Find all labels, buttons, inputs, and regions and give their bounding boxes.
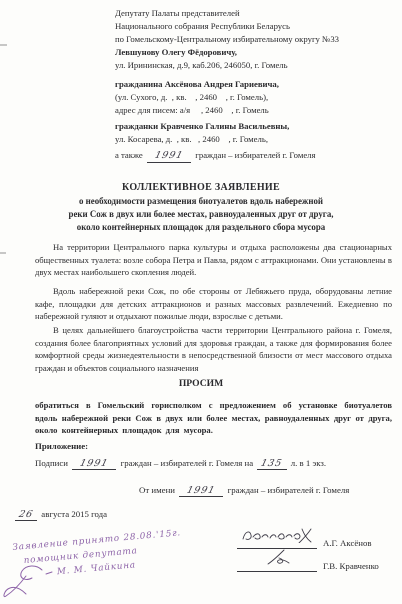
- signature-row-kravchenko: Г.В. Кравченко: [237, 549, 379, 572]
- also-suffix: граждан – избирателей г. Гомеля: [195, 150, 315, 160]
- recipient-line: Национального собрания Республики Белару…: [115, 20, 395, 33]
- on-behalf-line: От имени 1991 граждан – избирателей г. Г…: [139, 485, 399, 497]
- attachment-suffix: л. в 1 экз.: [291, 458, 326, 468]
- scan-artifact: [0, 252, 6, 254]
- scan-artifact: [0, 44, 7, 46]
- paragraph-2: Вдоль набережной реки Сож, по обе сторон…: [35, 285, 392, 323]
- kravchenko-printed-name: Г.В. Кравченко: [323, 560, 379, 572]
- signature-row-aksenov: А.Г. Аксёнов: [237, 526, 372, 549]
- paragraph-3: В целях дальнейшего благоустройства част…: [35, 324, 392, 375]
- also-prefix: а также: [115, 150, 143, 160]
- aksenov-signature-line: [237, 526, 317, 549]
- applicant2-block: гражданки Кравченко Галины Васильевны, у…: [115, 120, 395, 146]
- voters-count-handwritten: 1991: [153, 149, 184, 162]
- voters-count-slot: 1991: [147, 149, 191, 163]
- recipient-line: Депутату Палаты представителей: [115, 7, 395, 20]
- scanned-application-page: Депутату Палаты представителей Националь…: [0, 0, 402, 604]
- on-behalf-suffix: граждан – избирателей г. Гомеля: [228, 485, 350, 495]
- on-behalf-count-slot: 1991: [179, 485, 223, 497]
- request-paragraph: обратиться в Гомельский горисполком с пр…: [35, 399, 392, 437]
- date-day-slot: 26: [15, 509, 37, 521]
- document-subtitle-line: реки Сож в двух или более местах, равноу…: [0, 208, 402, 221]
- aksenov-printed-name: А.Г. Аксёнов: [323, 537, 372, 549]
- attachment-count-handwritten: 1991: [79, 458, 110, 469]
- attachment-count-slot: 1991: [72, 458, 116, 470]
- title-block: КОЛЛЕКТИВНОЕ ЗАЯВЛЕНИЕ о необходимости р…: [0, 180, 402, 234]
- recipient-line: по Гомельскому-Центральному избирательно…: [115, 33, 395, 46]
- also-voters-line: а также 1991 граждан – избирателей г. Го…: [115, 149, 397, 163]
- attachment-sheets-slot: 135: [257, 458, 286, 470]
- attachment-sheets-handwritten: 135: [260, 458, 284, 469]
- paragraph-1: На территории Центрального парка культур…: [35, 241, 392, 279]
- document-subtitle-line: около контейнерных площадок для раздельн…: [0, 221, 402, 234]
- kravchenko-signature-icon: [257, 549, 297, 566]
- recipient-block: Депутату Палаты представителей Националь…: [115, 7, 395, 72]
- date-line: 26 августа 2015 года: [13, 509, 107, 521]
- applicant1-block: гражданина Аксёнова Андрея Гариевича, (у…: [115, 78, 395, 117]
- on-behalf-count-handwritten: 1991: [186, 485, 217, 496]
- date-rest: августа 2015 года: [41, 509, 107, 519]
- attachment-heading: Приложение:: [35, 441, 88, 451]
- document-title: КОЛЛЕКТИВНОЕ ЗАЯВЛЕНИЕ: [0, 180, 402, 195]
- request-heading: ПРОСИМ: [0, 378, 402, 389]
- recipient-address: ул. Ирининская, д.9, каб.206, 246050, г.…: [115, 59, 395, 72]
- date-day-handwritten: 26: [18, 509, 35, 520]
- applicant2-address: ул. Косарева, д. , кв. , 2460 , г. Гомел…: [115, 133, 395, 146]
- recipient-name: Левшунову Олегу Фёдоровичу,: [115, 46, 395, 59]
- attachment-prefix: Подписи: [35, 458, 68, 468]
- applicant1-mail-address: адрес для писем: а/я , 2460 , г. Гомель: [115, 104, 395, 117]
- kravchenko-signature-line: [237, 549, 317, 572]
- on-behalf-prefix: От имени: [139, 485, 175, 495]
- attachment-middle: граждан – избирателей г. Гомеля на: [121, 458, 254, 468]
- applicant2-name: гражданки Кравченко Галины Васильевны,: [115, 120, 395, 133]
- applicant1-address: (ул. Сухого, д. , кв. , 2460 , г. Гомель…: [115, 91, 395, 104]
- document-subtitle-line: о необходимости размещения биотуалетов в…: [0, 195, 402, 208]
- signatures-count-line: Подписи 1991 граждан – избирателей г. Го…: [35, 458, 395, 470]
- assistant-signature-flourish-icon: [2, 562, 54, 602]
- aksenov-signature-icon: [239, 526, 315, 543]
- applicant1-name: гражданина Аксёнова Андрея Гариевича,: [115, 78, 395, 91]
